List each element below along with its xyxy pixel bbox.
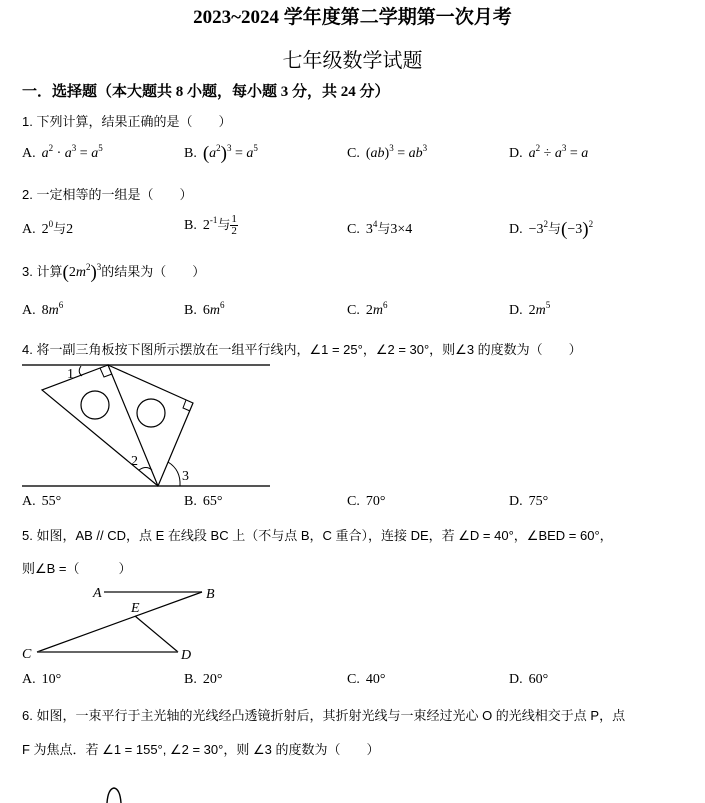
question-5-option-b[interactable]: B.20° <box>184 672 222 688</box>
exam-subtitle: 七年级数学试题 <box>0 44 705 73</box>
question-5-option-d[interactable]: D.60° <box>509 672 548 688</box>
point-c-label: C <box>22 647 32 662</box>
question-4-option-c[interactable]: C.70° <box>347 494 385 510</box>
question-1-option-a[interactable]: A.a2 · a3 = a5 <box>22 146 103 162</box>
point-a-label: A <box>92 586 102 601</box>
angle-2-label: 2 <box>131 454 138 469</box>
question-4-option-d[interactable]: D.75° <box>509 494 548 510</box>
question-6-stem: 6. 如图，一束平行于主光轴的光线经凸透镜折射后，其折射光线与一束经过光心 O … <box>22 705 625 724</box>
question-3-stem: 3. 计算(2m2)3的结果为（ ） <box>22 261 205 281</box>
question-3-option-d[interactable]: D.2m5 <box>509 303 550 319</box>
question-5-option-a[interactable]: A.10° <box>22 672 61 688</box>
question-6-stem-line2: F 为焦点．若 ∠1 = 155°, ∠2 = 30°，则 ∠3 的度数为（ ） <box>22 739 379 758</box>
question-5-stem-line2: 则∠B =（ ） <box>22 558 132 577</box>
question-5-option-c[interactable]: C.40° <box>347 672 385 688</box>
question-4-option-a[interactable]: A.55° <box>22 494 61 510</box>
section-heading: 一．选择题（本大题共 8 小题，每小题 3 分，共 24 分） <box>22 80 390 101</box>
question-4-option-b[interactable]: B.65° <box>184 494 222 510</box>
question-5-figure: A B E C D <box>0 580 230 665</box>
angle-3-label: 3 <box>182 469 189 484</box>
question-2-option-b[interactable]: B.2-1与12 <box>184 214 238 237</box>
question-3-option-c[interactable]: C.2m6 <box>347 303 387 319</box>
question-3-option-b[interactable]: B.6m6 <box>184 303 224 319</box>
angle-1-label: 1 <box>67 367 74 382</box>
exam-title: 2023~2024 学年度第二学期第一次月考 <box>0 2 705 29</box>
question-1-stem: 1. 下列计算，结果正确的是（ ） <box>22 111 231 130</box>
question-2-option-d[interactable]: D.−32与(−3)2 <box>509 218 593 238</box>
question-2-option-a[interactable]: A.20与2 <box>22 218 73 238</box>
question-3-option-a[interactable]: A.8m6 <box>22 303 63 319</box>
question-1-option-d[interactable]: D.a2 ÷ a3 = a <box>509 146 588 162</box>
question-1-option-b[interactable]: B.(a2)3 = a5 <box>184 146 258 162</box>
point-d-label: D <box>180 648 191 663</box>
question-2-stem: 2. 一定相等的一组是（ ） <box>22 184 192 203</box>
point-b-label: B <box>206 587 215 602</box>
question-6-figure-lens <box>100 785 130 803</box>
question-4-figure: 1 2 3 <box>0 355 280 495</box>
point-e-label: E <box>130 601 140 616</box>
question-5-stem: 5. 如图，AB // CD，点 E 在线段 BC 上（不与点 B，C 重合），… <box>22 525 613 544</box>
question-1-option-c[interactable]: C.(ab)3 = ab3 <box>347 146 427 162</box>
question-2-option-c[interactable]: C.34与3×4 <box>347 218 412 238</box>
